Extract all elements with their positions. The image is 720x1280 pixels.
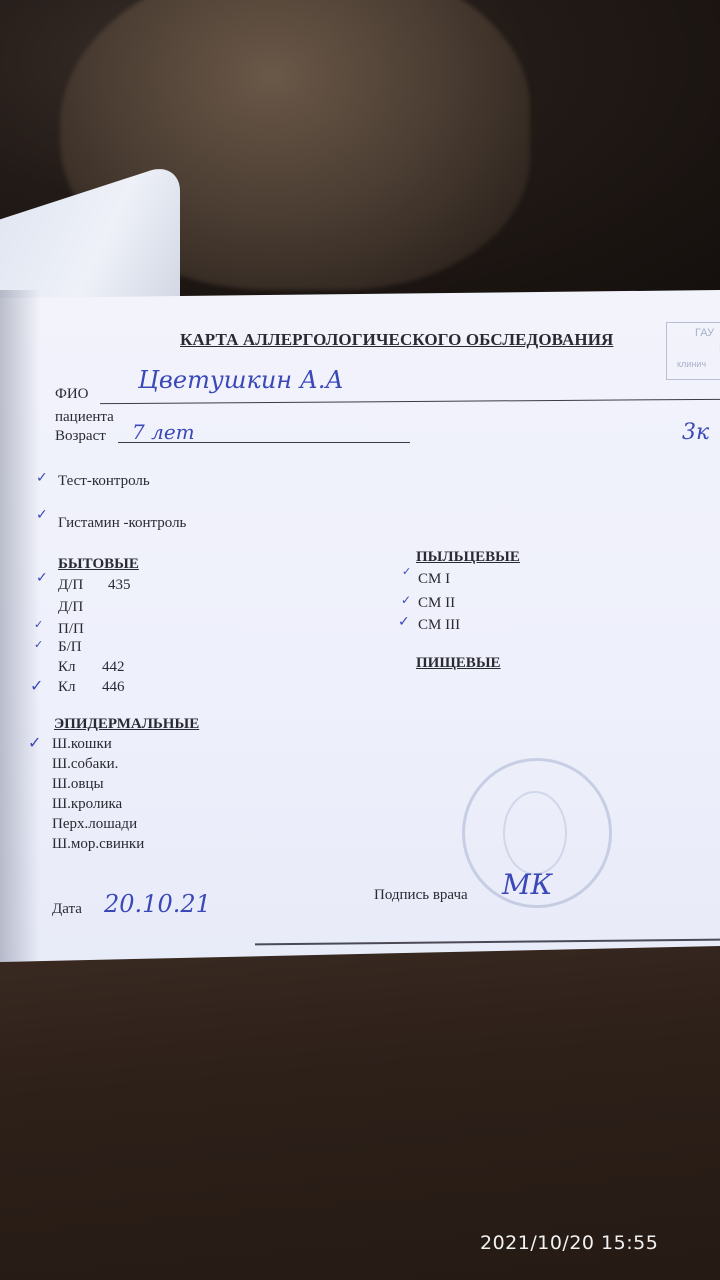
check-mark-icon: ✓ xyxy=(36,470,48,486)
age-handwritten: 7 лет xyxy=(132,420,195,444)
epidermal-item: Ш.собаки. xyxy=(52,756,118,773)
date-label: Дата xyxy=(52,901,82,918)
household-item: Б/П xyxy=(58,639,82,656)
epidermal-item: Ш.кошки xyxy=(52,736,112,753)
patient-name-handwritten: Цветушкин А.А xyxy=(138,366,344,394)
pollen-item: СМ III xyxy=(418,617,460,634)
section-food-title: ПИЩЕВЫЕ xyxy=(416,655,501,672)
age-label: Возраст xyxy=(55,428,106,445)
signature-handwritten: МК xyxy=(502,868,552,901)
fio-label: ФИО xyxy=(55,386,89,403)
check-mark-icon: ✓ xyxy=(28,733,41,752)
section-epidermal-title: ЭПИДЕРМАЛЬНЫЕ xyxy=(54,716,199,733)
household-item: Д/П xyxy=(58,599,83,616)
household-item: Кл442 xyxy=(58,659,76,676)
epidermal-item: Ш.кролика xyxy=(52,796,122,813)
section-pollen-title: ПЫЛЬЦЕВЫЕ xyxy=(416,549,520,566)
control-test: Тест-контроль xyxy=(58,473,150,490)
epidermal-item: Ш.овцы xyxy=(52,776,104,793)
photo-timestamp: 2021/10/20 15:55 xyxy=(480,1232,658,1254)
margin-note-handwritten: 3к xyxy=(682,420,709,445)
signature-label: Подпись врача xyxy=(374,887,468,904)
check-mark-icon: ✓ xyxy=(398,614,410,630)
form-title: КАРТА АЛЛЕРГОЛОГИЧЕСКОГО ОБСЛЕДОВАНИЯ xyxy=(180,330,613,350)
corner-stamp: ГАУ Г клинич xyxy=(666,322,720,380)
household-item: Кл446 xyxy=(58,679,76,696)
check-mark-icon: ✓ xyxy=(30,676,43,695)
check-mark-icon: ✓ xyxy=(34,618,43,631)
corner-stamp-line-3: клинич xyxy=(677,359,706,369)
epidermal-item: Ш.мор.свинки xyxy=(52,836,144,853)
check-mark-icon: ✓ xyxy=(402,565,411,578)
allergy-card-paper xyxy=(0,290,720,962)
check-mark-icon: ✓ xyxy=(34,638,43,651)
epidermal-item: Перх.лошади xyxy=(52,816,137,833)
date-handwritten: 20.10.21 xyxy=(104,890,211,918)
control-histamine: Гистамин -контроль xyxy=(58,515,186,532)
patient-label: пациента xyxy=(55,409,114,426)
check-mark-icon: ✓ xyxy=(401,593,411,607)
household-item: Д/П435 xyxy=(58,577,83,594)
household-item: П/П xyxy=(58,621,84,638)
section-household-title: БЫТОВЫЕ xyxy=(58,556,139,573)
pollen-item: СМ I xyxy=(418,571,450,588)
check-mark-icon: ✓ xyxy=(36,570,48,586)
pollen-item: СМ II xyxy=(418,595,455,612)
table-surface xyxy=(0,940,720,1280)
check-mark-icon: ✓ xyxy=(36,507,48,523)
corner-stamp-line-1: ГАУ xyxy=(695,327,714,339)
